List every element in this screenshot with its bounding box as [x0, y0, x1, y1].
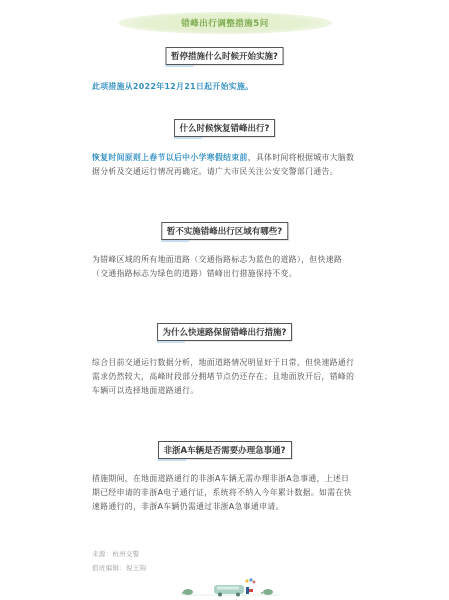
question-text: 什么时候恢复错峰出行?: [180, 124, 270, 134]
answer-text: 措施期间，在地面道路通行的非浙A车辆无需办理非浙A急事通，上述日期已经申请的非浙…: [92, 474, 352, 511]
title-banner: 错峰出行调整措施5问: [118, 12, 332, 34]
question-box-3: 暂不实施错峰出行区域有哪些?: [161, 222, 288, 240]
answer-highlight: 恢复时间原则上春节以后中小学寒假结束前: [92, 153, 248, 162]
question-box-2: 什么时候恢复错峰出行?: [174, 119, 276, 137]
source-label: 来源：杭州交警: [92, 549, 140, 558]
editor-label: 值班编辑：倪王锦: [92, 563, 146, 572]
answer-1: 此项措施从2022年12月21日起开始实施。: [92, 80, 356, 94]
banner-title: 错峰出行调整措施5问: [181, 17, 268, 29]
answer-5: 措施期间，在地面道路通行的非浙A车辆无需办理非浙A急事通，上述日期已经申请的非浙…: [92, 472, 356, 514]
question-text: 非浙A车辆是否需要办理急事通?: [163, 446, 285, 456]
question-text: 为什么快速路保留错峰出行措施?: [163, 328, 287, 338]
question-box-5: 非浙A车辆是否需要办理急事通?: [157, 441, 291, 459]
question-text: 暂停措施什么时候开始实施?: [171, 52, 278, 62]
question-box-1: 暂停措施什么时候开始实施?: [165, 47, 284, 65]
answer-text: 综合目前交通运行数据分析，地面道路情况明显好于日常，但快速路通行需求仍然较大，高…: [92, 358, 354, 395]
answer-highlight: 此项措施从2022年12月21日起开始实施。: [92, 82, 253, 91]
answer-4: 综合目前交通运行数据分析，地面道路情况明显好于日常，但快速路通行需求仍然较大，高…: [92, 356, 356, 398]
answer-3: 为错峰区域的所有地面道路（交通指路标志为蓝色的道路），但快速路（交通指路标志为绿…: [92, 253, 356, 281]
answer-2: 恢复时间原则上春节以后中小学寒假结束前，具体时间将根据城市大脑数据分析及交通运行…: [92, 151, 356, 179]
question-text: 暂不实施错峰出行区域有哪些?: [167, 227, 282, 237]
car-illustration-icon: [180, 578, 280, 598]
question-box-4: 为什么快速路保留错峰出行措施?: [157, 323, 293, 341]
answer-text: 为错峰区域的所有地面道路（交通指路标志为蓝色的道路），但快速路（交通指路标志为绿…: [92, 255, 342, 278]
